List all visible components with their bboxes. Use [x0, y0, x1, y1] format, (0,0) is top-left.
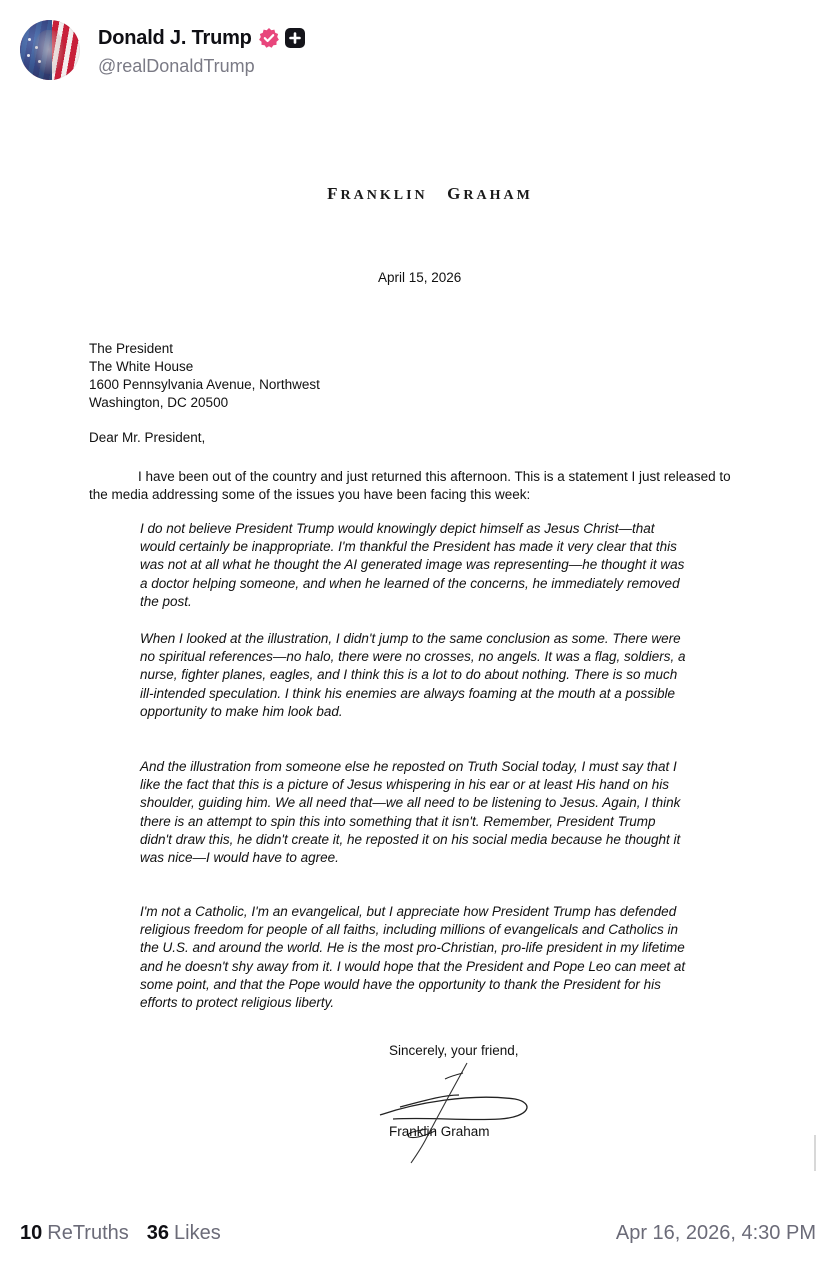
quote-paragraph: And the illustration from someone else h… — [140, 758, 690, 867]
avatar-star — [35, 46, 38, 49]
plus-badge-icon — [285, 28, 305, 48]
recipient-address: The President The White House 1600 Penns… — [89, 340, 320, 412]
signature-scribble — [375, 1055, 535, 1165]
post-timestamp[interactable]: Apr 16, 2026, 4:30 PM — [616, 1222, 816, 1245]
letter-date: April 15, 2026 — [378, 270, 461, 285]
avatar-star — [38, 60, 41, 63]
retruths-stat[interactable]: 10 ReTruths — [20, 1222, 129, 1245]
signer-name: Franklin Graham — [389, 1124, 490, 1139]
quote-paragraph: I do not believe President Trump would k… — [140, 520, 690, 611]
post-footer: 10 ReTruths 36 Likes Apr 16, 2026, 4:30 … — [20, 1218, 816, 1248]
scan-edge-mark — [814, 1135, 816, 1171]
address-line: The White House — [89, 358, 320, 376]
author-display-name[interactable]: Donald J. Trump — [98, 27, 252, 50]
likes-label: Likes — [174, 1222, 221, 1245]
avatar[interactable] — [20, 20, 80, 80]
letter-image[interactable]: FRANKLIN GRAHAM April 15, 2026 The Presi… — [60, 160, 800, 1180]
verified-badge-icon — [258, 27, 280, 49]
avatar-star — [27, 54, 30, 57]
likes-stat[interactable]: 36 Likes — [147, 1222, 221, 1245]
address-line: The President — [89, 340, 320, 358]
salutation: Dear Mr. President, — [89, 430, 205, 445]
address-line: Washington, DC 20500 — [89, 394, 320, 412]
retruths-count: 10 — [20, 1222, 42, 1245]
post-header: Donald J. Trump @realDonaldTrump — [20, 20, 305, 84]
author-handle[interactable]: @realDonaldTrump — [98, 56, 305, 77]
post-stats: 10 ReTruths 36 Likes — [20, 1222, 239, 1245]
retruths-label: ReTruths — [47, 1222, 129, 1245]
address-line: 1600 Pennsylvania Avenue, Northwest — [89, 376, 320, 394]
avatar-star — [28, 38, 31, 41]
author-identity: Donald J. Trump @realDonaldTrump — [98, 24, 305, 77]
intro-paragraph: I have been out of the country and just … — [89, 468, 749, 503]
quote-paragraph: I'm not a Catholic, I'm an evangelical, … — [140, 903, 690, 1012]
quote-paragraph: When I looked at the illustration, I did… — [140, 630, 690, 721]
letterhead: FRANKLIN GRAHAM — [60, 184, 800, 204]
likes-count: 36 — [147, 1222, 169, 1245]
